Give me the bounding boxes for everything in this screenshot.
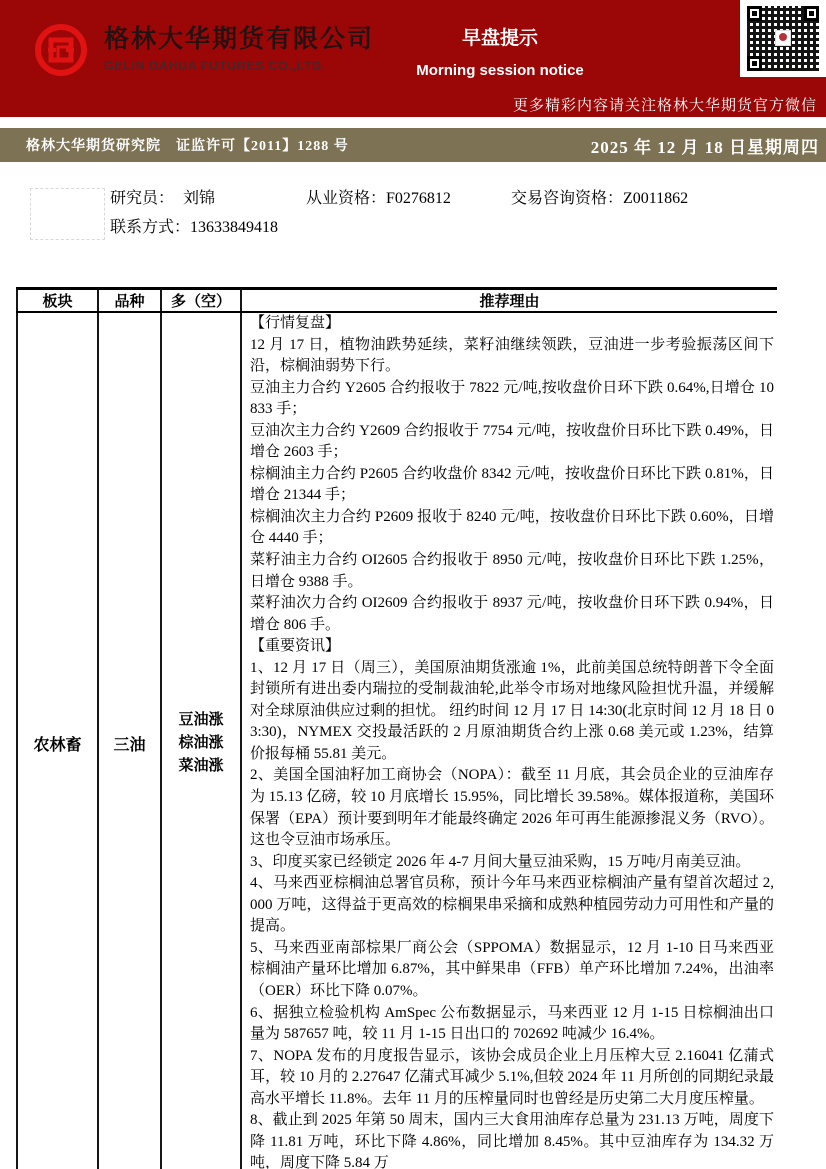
reason-line: 【重要资讯】 (242, 636, 777, 658)
col-header-sector: 板块 (17, 289, 98, 313)
reason-line: 豆油次主力合约 Y2609 合约报收于 7754 元/吨，按收盘价日环比下跌 0… (242, 421, 777, 464)
reason-line: 1、12 月 17 日（周三），美国原油期货涨逾 1%，此前美国总统特朗普下令全… (242, 658, 777, 766)
position-line: 菜油涨 (162, 755, 240, 778)
qr-finder-icon (747, 56, 762, 71)
qr-pattern (747, 6, 819, 71)
institute-bar: 格林大华期货研究院 证监许可【2011】1288 号 2025 年 12 月 1… (0, 128, 826, 162)
researcher-contact: 联系方式：13633849418 (110, 214, 278, 237)
reason-line: 12 月 17 日，植物油跌势延续，菜籽油继续领跌，豆油进一步考验振荡区间下沿，… (242, 335, 777, 378)
institute-license-text: 格林大华期货研究院 证监许可【2011】1288 号 (26, 135, 349, 155)
reason-line: 3、印度买家已经锁定 2026 年 4-7 月间大量豆油采购，15 万吨/月南美… (242, 852, 777, 874)
reason-line: 6、据独立检验机构 AmSpec 公布数据显示，马来西亚 12 月 1-15 日… (242, 1003, 777, 1046)
researcher-advisory-qualification: 交易咨询资格：Z0011862 (511, 185, 688, 208)
researcher-name: 刘锦 (183, 185, 215, 208)
reason-line: 菜籽油主力合约 OI2605 合约报收于 8950 元/吨，按收盘价日环比下跌 … (242, 550, 777, 593)
reason-line: 7、NOPA 发布的月度报告显示，该协会成员企业上月压榨大豆 2.16041 亿… (242, 1046, 777, 1111)
reason-line: 【行情复盘】 (242, 313, 777, 335)
col-header-variety: 品种 (98, 289, 161, 313)
contact-row: 联系方式：13633849418 (0, 214, 826, 234)
researcher-label: 研究员： (110, 185, 174, 208)
reason-line: 4、马来西亚棕榈油总署官员称，预计今年马来西亚棕榈油产量有望首次超过 2,000… (242, 873, 777, 938)
reason-line: 棕榈油主力合约 P2605 合约收盘价 8342 元/吨，按收盘价日环比下跌 0… (242, 464, 777, 507)
position-line: 豆油涨 (162, 709, 240, 732)
position-cell: 豆油涨棕油涨菜油涨 (161, 312, 241, 1169)
company-name-en: GELIN DAHUA FUTURES CO.,LTD. (104, 57, 374, 75)
notice-title-cn: 早盘提示 (355, 27, 645, 51)
variety-cell: 三油 (98, 312, 161, 1169)
reason-cell: 【行情复盘】12 月 17 日，植物油跌势延续，菜籽油继续领跌，豆油进一步考验振… (241, 312, 777, 1169)
reason-line: 棕榈油次主力合约 P2609 报收于 8240 元/吨，按收盘价日环比下跌 0.… (242, 507, 777, 550)
reason-line: 菜籽油次力合约 OI2609 合约报收于 8937 元/吨，按收盘价日环下跌 0… (242, 593, 777, 636)
reason-line: 豆油主力合约 Y2605 合约报收于 7822 元/吨,按收盘价日环下跌 0.6… (242, 378, 777, 421)
recommendation-table: 板块 品种 多（空） 推荐理由 农林畜 三油 豆油涨棕油涨菜油涨 【行情复盘】1… (16, 287, 777, 1169)
company-name-cn: 格林大华期货有限公司 (104, 24, 374, 54)
qr-finder-icon (804, 6, 819, 21)
morning-notice-page: 格林大华期货有限公司 GELIN DAHUA FUTURES CO.,LTD. … (0, 0, 826, 1169)
position-line: 棕油涨 (162, 732, 240, 755)
notice-title-en: Morning session notice (355, 62, 645, 80)
notice-title-block: 早盘提示 Morning session notice (355, 27, 645, 80)
qr-center-logo-icon (775, 30, 791, 46)
company-logo-icon (34, 23, 88, 77)
col-header-reason: 推荐理由 (241, 289, 777, 313)
table-header-row: 板块 品种 多（空） 推荐理由 (17, 289, 777, 313)
reason-line: 5、马来西亚南部棕果厂商公会（SPPOMA）数据显示，12 月 1-10 日马来… (242, 938, 777, 1003)
masthead: 格林大华期货有限公司 GELIN DAHUA FUTURES CO.,LTD. … (0, 0, 826, 117)
sector-cell: 农林畜 (17, 312, 98, 1169)
report-date: 2025 年 12 月 18 日星期周四 (591, 133, 819, 158)
researcher-row: 研究员： 刘锦 从业资格：F0276812 交易咨询资格：Z0011862 (0, 185, 826, 205)
reason-line: 8、截止到 2025 年第 50 周末，国内三大食用油库存总量为 231.13 … (242, 1110, 777, 1169)
researcher-qualification: 从业资格：F0276812 (306, 185, 451, 208)
reason-line: 2、美国全国油籽加工商协会（NOPA）：截至 11 月底，其会员企业的豆油库存为… (242, 765, 777, 851)
company-name-block: 格林大华期货有限公司 GELIN DAHUA FUTURES CO.,LTD. (104, 24, 374, 75)
wechat-qr-code (740, 0, 826, 77)
qr-finder-icon (747, 6, 762, 21)
col-header-position: 多（空） (161, 289, 241, 313)
table-row: 农林畜 三油 豆油涨棕油涨菜油涨 【行情复盘】12 月 17 日，植物油跌势延续… (17, 312, 777, 1169)
wechat-follow-tip: 更多精彩内容请关注格林大华期货官方微信 (513, 94, 817, 115)
